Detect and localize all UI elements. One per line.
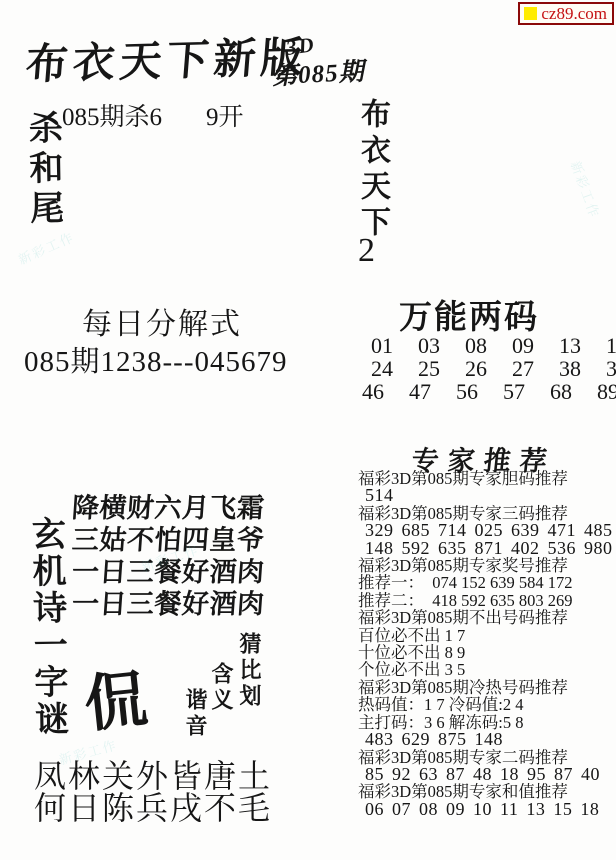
mystery-poem-line: 一日三餐好酒肉 bbox=[71, 588, 266, 620]
riddle-hint-homophone: 谐音 bbox=[182, 688, 208, 740]
expert-recommend-line: 329 685 714 025 639 471 485 bbox=[358, 522, 614, 539]
expert-recommend-line: 06 07 08 09 10 11 13 15 18 bbox=[358, 801, 614, 818]
mystery-title-vertical: 玄机诗一字谜 bbox=[24, 516, 68, 739]
brand-number: 2 bbox=[358, 232, 375, 270]
page-title: 布衣天下新版 bbox=[24, 24, 311, 92]
universal-row-2: 24 25 26 27 38 39 45? bbox=[360, 357, 616, 380]
kill-sum-tail-vertical: 杀和尾 bbox=[21, 110, 63, 231]
lottery-tip-sheet: cz89.com 布衣天下新版 3D 第085期 085期杀69开 杀和尾 布衣… bbox=[0, 0, 616, 860]
scan-watermark: 新彩工作 bbox=[567, 158, 605, 221]
expert-recommend-line: 483 629 875 148 bbox=[358, 731, 614, 748]
yellow-square-icon bbox=[524, 7, 537, 20]
kill-number-text: 085期杀6 bbox=[62, 104, 162, 131]
kill-number-line: 085期杀69开 bbox=[62, 97, 244, 133]
riddle-hint-guess: 猜比划 bbox=[236, 632, 262, 710]
scan-watermark: 新彩工作 bbox=[15, 227, 78, 269]
expert-recommend-line: 148 592 635 871 402 536 980 bbox=[358, 540, 614, 557]
expert-recommend-list: 福彩3D第085期专家胆码推荐514福彩3D第085期专家三码推荐329 685… bbox=[358, 470, 614, 818]
open-number-text: 9开 bbox=[206, 104, 244, 131]
site-badge-text: cz89.com bbox=[541, 5, 607, 22]
bottom-couplet: 凤林关外皆唐土 何日陈兵戌不毛 bbox=[34, 760, 272, 824]
issue-number: 第085期 bbox=[271, 52, 365, 93]
mystery-poem-line: 降横财六月飞霜 bbox=[71, 492, 266, 524]
expert-recommend-line: 热码值：1 7 冷码值:2 4 bbox=[358, 696, 614, 713]
couplet-line-2: 何日陈兵戌不毛 bbox=[34, 792, 272, 824]
universal-row-3: 46 47 56 57 68 89 bbox=[360, 380, 616, 403]
expert-recommend-line: 福彩3D第085期不出号码推荐 bbox=[358, 609, 614, 626]
expert-recommend-line: 85 92 63 87 48 18 95 87 40 bbox=[358, 766, 614, 783]
expert-recommend-line: 推荐二： 418 592 635 803 269 bbox=[358, 592, 614, 609]
universal-two-codes-grid: 01 03 08 09 13 18 19? 24 25 26 27 38 39 … bbox=[360, 334, 616, 403]
site-badge[interactable]: cz89.com bbox=[518, 2, 614, 25]
universal-two-codes-title: 万能两码 bbox=[399, 291, 539, 338]
expert-recommend-line: 百位必不出 1 7 bbox=[358, 627, 614, 644]
daily-decompose-formula: 085期1238---045679 bbox=[24, 339, 287, 380]
expert-recommend-line: 福彩3D第085期专家奖号推荐 bbox=[358, 557, 614, 574]
riddle-hint-meaning: 含义 bbox=[208, 662, 234, 714]
expert-recommend-line: 推荐一： 074 152 639 584 172 bbox=[358, 574, 614, 591]
expert-recommend-line: 个位必不出 3 5 bbox=[358, 661, 614, 678]
expert-recommend-line: 514 bbox=[358, 487, 614, 504]
riddle-character: 侃 bbox=[80, 649, 151, 744]
universal-row-1: 01 03 08 09 13 18 19? bbox=[360, 334, 616, 357]
expert-recommend-line: 十位必不出 8 9 bbox=[358, 644, 614, 661]
expert-recommend-line: 福彩3D第085期冷热号码推荐 bbox=[358, 679, 614, 696]
expert-recommend-line: 福彩3D第085期专家胆码推荐 bbox=[358, 470, 614, 487]
daily-decompose-title: 每日分解式 bbox=[82, 299, 242, 343]
brand-vertical-title: 布衣天下 bbox=[352, 98, 392, 242]
